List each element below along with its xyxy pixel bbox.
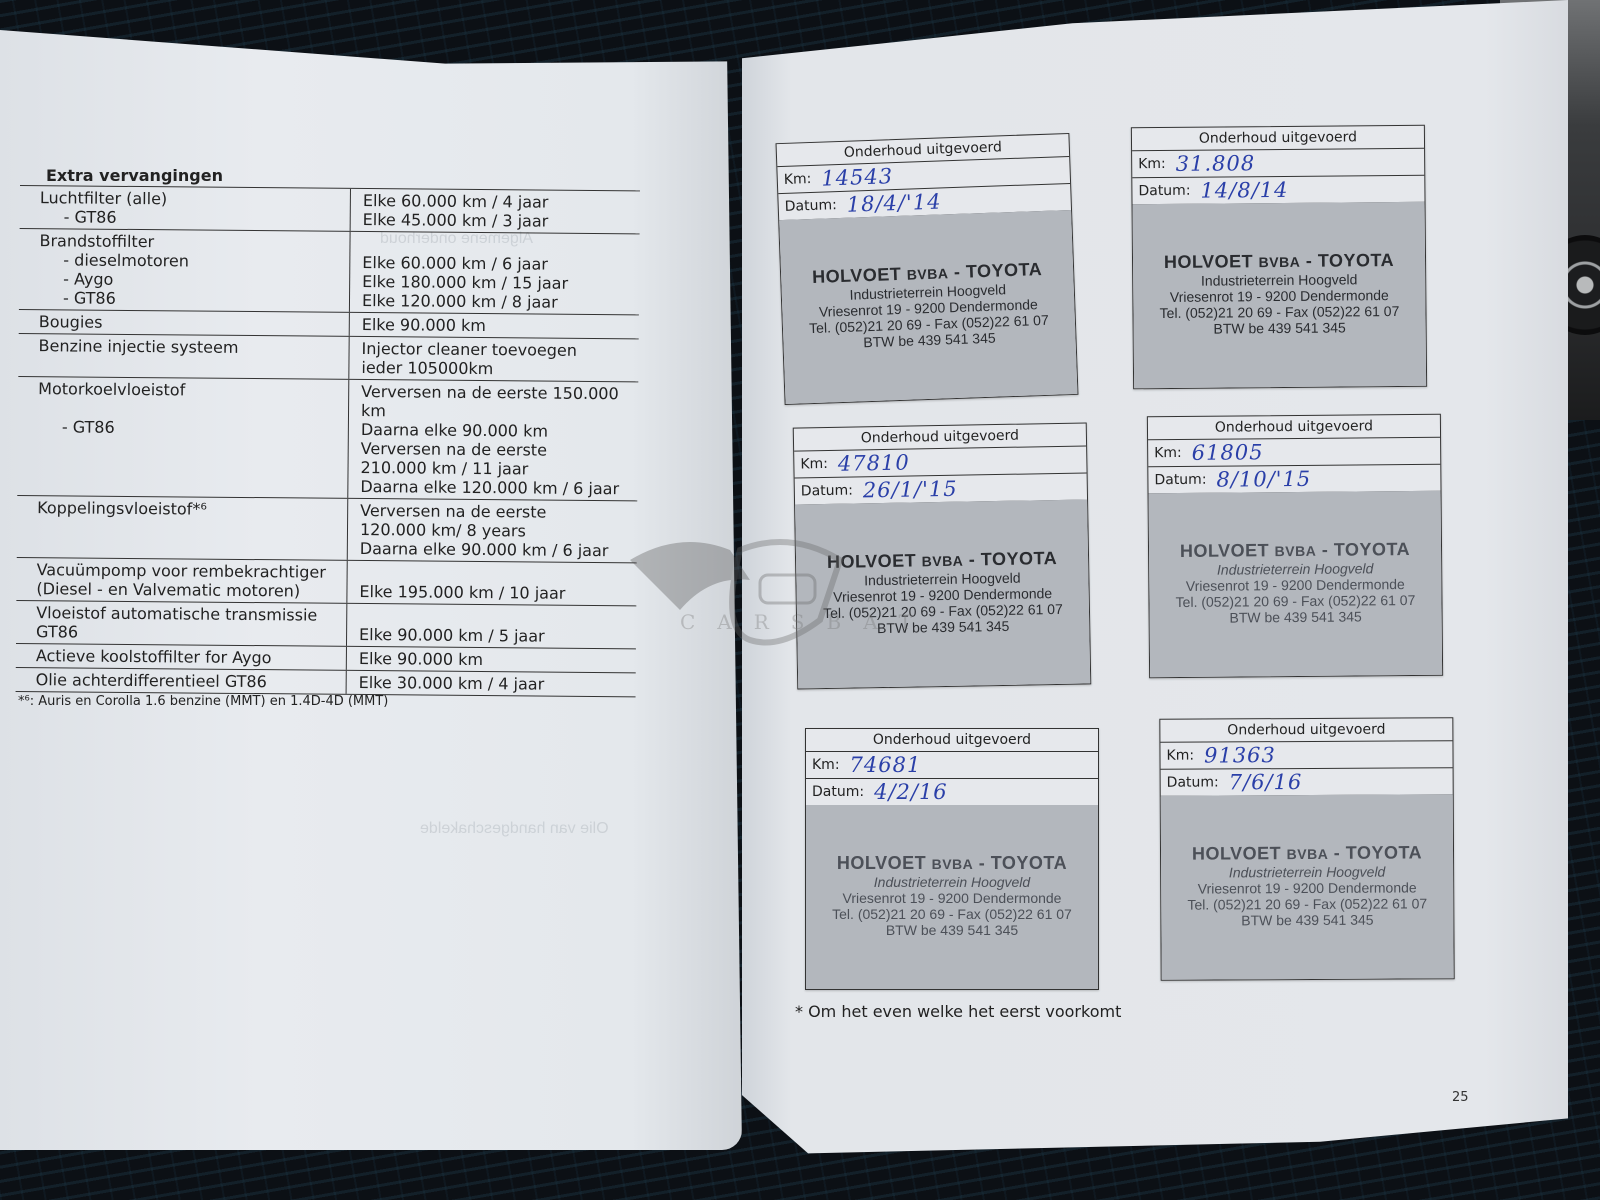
table-row: Koppelingsvloeistof*⁶Verversen na de eer… [17, 496, 638, 563]
dealer-phone: Tel. (052)21 20 69 - Fax (052)22 61 07 [1149, 592, 1441, 611]
dealer-name: HOLVOET BVBA - TOYOTA [1161, 842, 1453, 865]
km-value: 74681 [850, 753, 922, 777]
watermark-logo: CARSBAT [620, 520, 880, 660]
watermark-text: CARSBAT [680, 610, 934, 634]
dealer-stamp: HOLVOET BVBA - TOYOTA Industrieterrein H… [779, 210, 1077, 404]
interval-cell: Elke 90.000 km / 5 jaar [346, 604, 636, 649]
km-field: Km:74681 [806, 752, 1098, 779]
interval-label: Elke 60.000 km / 4 jaar [363, 191, 634, 212]
component-cell: Actieve koolstoffilter for Aygo [16, 644, 346, 670]
maintenance-card: Onderhoud uitgevoerd Km:14543 Datum:18/4… [776, 133, 1079, 405]
bleed-through-text: Olie van handgeschakelde [420, 820, 609, 838]
dealer-phone: Tel. (052)21 20 69 - Fax (052)22 61 07 [1161, 895, 1453, 913]
interval-label: Elke 30.000 km / 4 jaar [359, 673, 630, 694]
interval-label: 210.000 km / 11 jaar [360, 458, 631, 479]
dealer-stamp: HOLVOET BVBA - TOYOTA Industrieterrein H… [1161, 794, 1454, 980]
dealer-location: Industrieterrein Hoogveld [1161, 863, 1453, 881]
card-header: Onderhoud uitgevoerd [1148, 415, 1440, 441]
component-label: Olie achterdifferentieel GT86 [36, 670, 342, 692]
km-field: Km:31.808 [1132, 149, 1424, 179]
interval-cell: Elke 195.000 km / 10 jaar [346, 561, 636, 606]
table-row: Vloeistof automatische transmissieGT86El… [16, 601, 636, 649]
date-value: 14/8/14 [1200, 178, 1288, 203]
card-header: Onderhoud uitgevoerd [1160, 718, 1452, 743]
date-value: 7/6/16 [1229, 770, 1303, 794]
table-row: Motorkoelvloeistof - GT86 Verversen na d… [17, 377, 638, 501]
km-label: Km: [1166, 748, 1194, 764]
interval-label: ieder 105000km [361, 358, 632, 379]
dealer-name: HOLVOET BVBA - TOYOTA [1133, 250, 1425, 274]
component-label: - GT86 [39, 288, 345, 310]
dealer-location: Industrieterrein Hoogveld [806, 874, 1098, 890]
component-cell: Brandstoffilter- dieselmotoren- Aygo- GT… [19, 229, 350, 312]
component-cell: Bougies [19, 310, 349, 336]
footnote-left: *⁶: Auris en Corolla 1.6 benzine (MMT) e… [18, 694, 388, 709]
dealer-vat: BTW be 439 541 345 [1161, 911, 1453, 929]
km-field: Km:61805 [1148, 438, 1440, 468]
interval-label: Elke 45.000 km / 3 jaar [363, 210, 634, 231]
component-label: - GT86 [38, 417, 344, 439]
table-row: Vacuümpomp voor rembekrachtiger(Diesel -… [16, 558, 636, 606]
interval-label: Elke 90.000 km / 5 jaar [359, 625, 630, 646]
page-number: 25 [1452, 1090, 1469, 1105]
interval-label: Elke 60.000 km / 6 jaar [362, 253, 633, 274]
card-header: Onderhoud uitgevoerd [1132, 126, 1424, 152]
km-value: 14543 [821, 164, 894, 190]
component-cell: Vloeistof automatische transmissieGT86 [16, 601, 346, 646]
card-header: Onderhoud uitgevoerd [806, 729, 1098, 752]
km-label: Km: [812, 757, 840, 773]
dealer-stamp: HOLVOET BVBA - TOYOTA Industrieterrein H… [1133, 202, 1427, 389]
maintenance-card: Onderhoud uitgevoerd Km:31.808 Datum:14/… [1131, 125, 1427, 390]
interval-label: Verversen na de eerste 150.000 km [361, 382, 632, 422]
dealer-vat: BTW be 439 541 345 [1150, 608, 1442, 627]
interval-label: Daarna elke 90.000 km / 6 jaar [360, 539, 631, 560]
component-label: (Diesel - en Valvematic motoren) [36, 579, 342, 601]
replacement-table: Luchtfilter (alle)- GT86Elke 60.000 km /… [16, 185, 640, 697]
interval-label: Elke 180.000 km / 15 jaar [362, 272, 633, 293]
component-cell: Benzine injectie systeem [18, 334, 348, 379]
km-label: Km: [1154, 445, 1182, 461]
km-value: 91363 [1204, 743, 1276, 767]
component-label: Koppelingsvloeistof*⁶ [37, 498, 343, 520]
dealer-vat: BTW be 439 541 345 [806, 922, 1098, 938]
component-label: Bougies [39, 312, 345, 334]
date-label: Datum: [1154, 472, 1206, 488]
date-label: Datum: [801, 483, 853, 500]
component-label: GT86 [36, 622, 342, 644]
table-row: Brandstoffilter- dieselmotoren- Aygo- GT… [19, 229, 640, 315]
component-label: Motorkoelvloeistof [38, 379, 344, 401]
interval-label: Elke 195.000 km / 10 jaar [359, 582, 630, 603]
component-cell: Koppelingsvloeistof*⁶ [17, 496, 348, 560]
component-cell: Vacuümpomp voor rembekrachtiger(Diesel -… [16, 558, 346, 603]
date-label: Datum: [1167, 774, 1219, 790]
component-cell: Luchtfilter (alle)- GT86 [20, 186, 350, 231]
km-value: 47810 [838, 451, 910, 476]
dealer-name: HOLVOET BVBA - TOYOTA [1149, 539, 1441, 563]
maintenance-card: Onderhoud uitgevoerd Km:91363 Datum:7/6/… [1159, 717, 1454, 981]
table-row: Luchtfilter (alle)- GT86Elke 60.000 km /… [20, 186, 640, 234]
section-title: Extra vervangingen [46, 166, 223, 185]
dealer-address: Vriesenrot 19 - 9200 Dendermonde [806, 890, 1098, 906]
date-label: Datum: [1138, 183, 1190, 199]
dealer-address: Vriesenrot 19 - 9200 Dendermonde [1161, 879, 1453, 897]
dealer-vat: BTW be 439 541 345 [1134, 319, 1426, 338]
interval-cell: Elke 30.000 km / 4 jaar [346, 671, 636, 697]
interval-label: Verversen na de eerste [360, 501, 631, 522]
interval-label: Injector cleaner toevoegen [362, 339, 633, 360]
date-field: Datum:14/8/14 [1132, 176, 1424, 206]
km-label: Km: [1138, 156, 1166, 172]
date-label: Datum: [784, 197, 837, 215]
maintenance-card: Onderhoud uitgevoerd Km:61805 Datum:8/10… [1147, 414, 1443, 679]
interval-label: Elke 90.000 km [362, 315, 633, 336]
component-label: Actieve koolstoffilter for Aygo [36, 646, 342, 668]
footnote-right: * Om het even welke het eerst voorkomt [795, 1002, 1121, 1021]
table-row: Benzine injectie systeemInjector cleaner… [18, 334, 638, 382]
km-value: 61805 [1192, 440, 1264, 465]
dealer-stamp: HOLVOET BVBA - TOYOTA Industrieterrein H… [1149, 491, 1443, 678]
date-value: 26/1/'15 [863, 477, 958, 503]
component-cell: Olie achterdifferentieel GT86 [16, 668, 346, 694]
km-label: Km: [800, 456, 828, 472]
interval-cell: Elke 60.000 km / 6 jaarElke 180.000 km /… [349, 232, 640, 315]
date-value: 4/2/16 [874, 780, 948, 804]
bat-car-icon [620, 520, 880, 660]
interval-label: Verversen na de eerste [361, 439, 632, 460]
interval-cell: Elke 90.000 km [349, 313, 639, 339]
dealer-stamp: HOLVOET BVBA - TOYOTA Industrieterrein H… [806, 805, 1098, 989]
component-label: Benzine injectie systeem [39, 336, 345, 358]
interval-label: 120.000 km/ 8 years [360, 520, 631, 541]
interval-cell: Verversen na de eerste 150.000 kmDaarna … [347, 380, 638, 501]
component-label [37, 455, 343, 477]
interval-label: Daarna elke 90.000 km [361, 420, 632, 441]
interval-label: Elke 120.000 km / 8 jaar [362, 291, 633, 312]
date-field: Datum:7/6/16 [1161, 768, 1453, 797]
component-cell: Motorkoelvloeistof - GT86 [17, 377, 348, 498]
maintenance-card: Onderhoud uitgevoerd Km:74681 Datum:4/2/… [805, 728, 1099, 990]
interval-label: Daarna elke 120.000 km / 6 jaar [360, 477, 631, 498]
date-value: 18/4/'14 [846, 189, 942, 216]
interval-cell: Verversen na de eerste120.000 km/ 8 year… [347, 499, 638, 563]
dealer-name: HOLVOET BVBA - TOYOTA [806, 853, 1098, 874]
date-field: Datum:4/2/16 [806, 779, 1098, 806]
km-value: 31.808 [1176, 151, 1256, 176]
date-field: Datum:8/10/'15 [1148, 465, 1440, 495]
dealer-phone: Tel. (052)21 20 69 - Fax (052)22 61 07 [1133, 303, 1425, 322]
interval-cell: Elke 90.000 km [346, 647, 636, 673]
km-field: Km:91363 [1160, 741, 1452, 770]
date-value: 8/10/'15 [1216, 467, 1311, 492]
interval-cell: Injector cleaner toevoegenieder 105000km [348, 337, 638, 382]
component-label: - GT86 [40, 207, 346, 229]
km-label: Km: [784, 171, 812, 188]
component-label: Vloeistof automatische transmissie [36, 603, 342, 625]
date-label: Datum: [812, 784, 864, 800]
interval-label: Elke 90.000 km [359, 649, 630, 670]
dealer-phone: Tel. (052)21 20 69 - Fax (052)22 61 07 [806, 906, 1098, 922]
interval-cell: Elke 60.000 km / 4 jaarElke 45.000 km / … [350, 189, 640, 234]
